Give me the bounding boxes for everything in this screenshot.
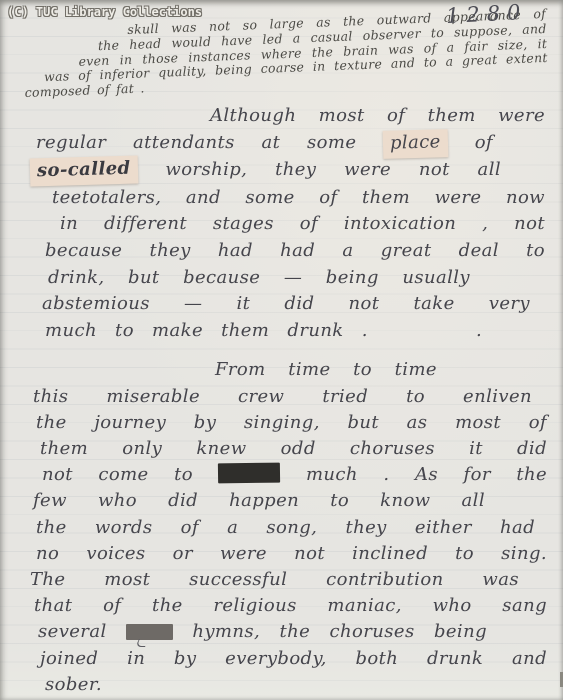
manuscript-line: abstemious — it did not take very bbox=[42, 291, 530, 318]
line-text: much . As for the bbox=[306, 464, 547, 485]
manuscript-line: that of the religious maniac, who sang bbox=[34, 593, 547, 619]
manuscript-line: them only knew odd choruses it did bbox=[40, 436, 547, 462]
manuscript-page: (C) TUC Library Collections 1280 skull w… bbox=[0, 0, 563, 700]
line-text: worship, they were not all bbox=[165, 159, 501, 180]
manuscript-line: in different stages of intoxication , no… bbox=[60, 211, 545, 238]
manuscript-line: much to make them drunk . . bbox=[45, 318, 545, 345]
manuscript-line: From time to time bbox=[215, 357, 437, 383]
pencil-redaction-block bbox=[126, 624, 173, 640]
ink-redaction-block bbox=[218, 463, 280, 484]
manuscript-line: no voices or were not inclined to sing. bbox=[36, 541, 547, 567]
manuscript-line: so-called worship, they were not all bbox=[30, 157, 501, 185]
manuscript-line: the words of a song, they either had bbox=[36, 515, 535, 541]
manuscript-line: The most successful contribution was bbox=[30, 567, 519, 593]
line-text: much to make them drunk . bbox=[45, 320, 368, 341]
manuscript-line: this miserable crew tried to enliven bbox=[33, 384, 532, 410]
manuscript-line: few who did happen to know all bbox=[33, 488, 485, 514]
manuscript-line: not come to much . As for the bbox=[42, 462, 547, 488]
line-text: not come to bbox=[42, 464, 193, 485]
manuscript-line: joined in by everybody, both drunk and bbox=[40, 646, 547, 672]
line-text: regular attendants at some bbox=[36, 132, 356, 153]
paragraph-worship: Although most of them were regular atten… bbox=[30, 103, 545, 344]
manuscript-line: sober. bbox=[45, 672, 547, 698]
manuscript-line: because they had had a great deal to bbox=[45, 238, 545, 265]
line-text: hymns, the choruses being bbox=[192, 621, 487, 642]
manuscript-line: regular attendants at some place of bbox=[36, 130, 493, 158]
manuscript-line: Although most of them were bbox=[210, 103, 545, 130]
manuscript-line: teetotalers, and some of them were now bbox=[52, 185, 545, 212]
stray-period: . bbox=[476, 320, 482, 341]
manuscript-line: several hymns, the choruses being bbox=[38, 619, 487, 645]
line-text: of bbox=[475, 132, 493, 153]
page-number: 1280 bbox=[445, 0, 528, 28]
correction-patch: place bbox=[383, 129, 448, 158]
line-text: several bbox=[38, 621, 107, 642]
manuscript-line: the journey by singing, but as most of bbox=[36, 410, 547, 436]
library-watermark: (C) TUC Library Collections bbox=[7, 5, 202, 19]
manuscript-line: drink, but because — being usually bbox=[48, 265, 470, 292]
paragraph-singing: From time to time this miserable crew tr… bbox=[30, 357, 547, 698]
correction-patch: so-called bbox=[30, 156, 138, 187]
